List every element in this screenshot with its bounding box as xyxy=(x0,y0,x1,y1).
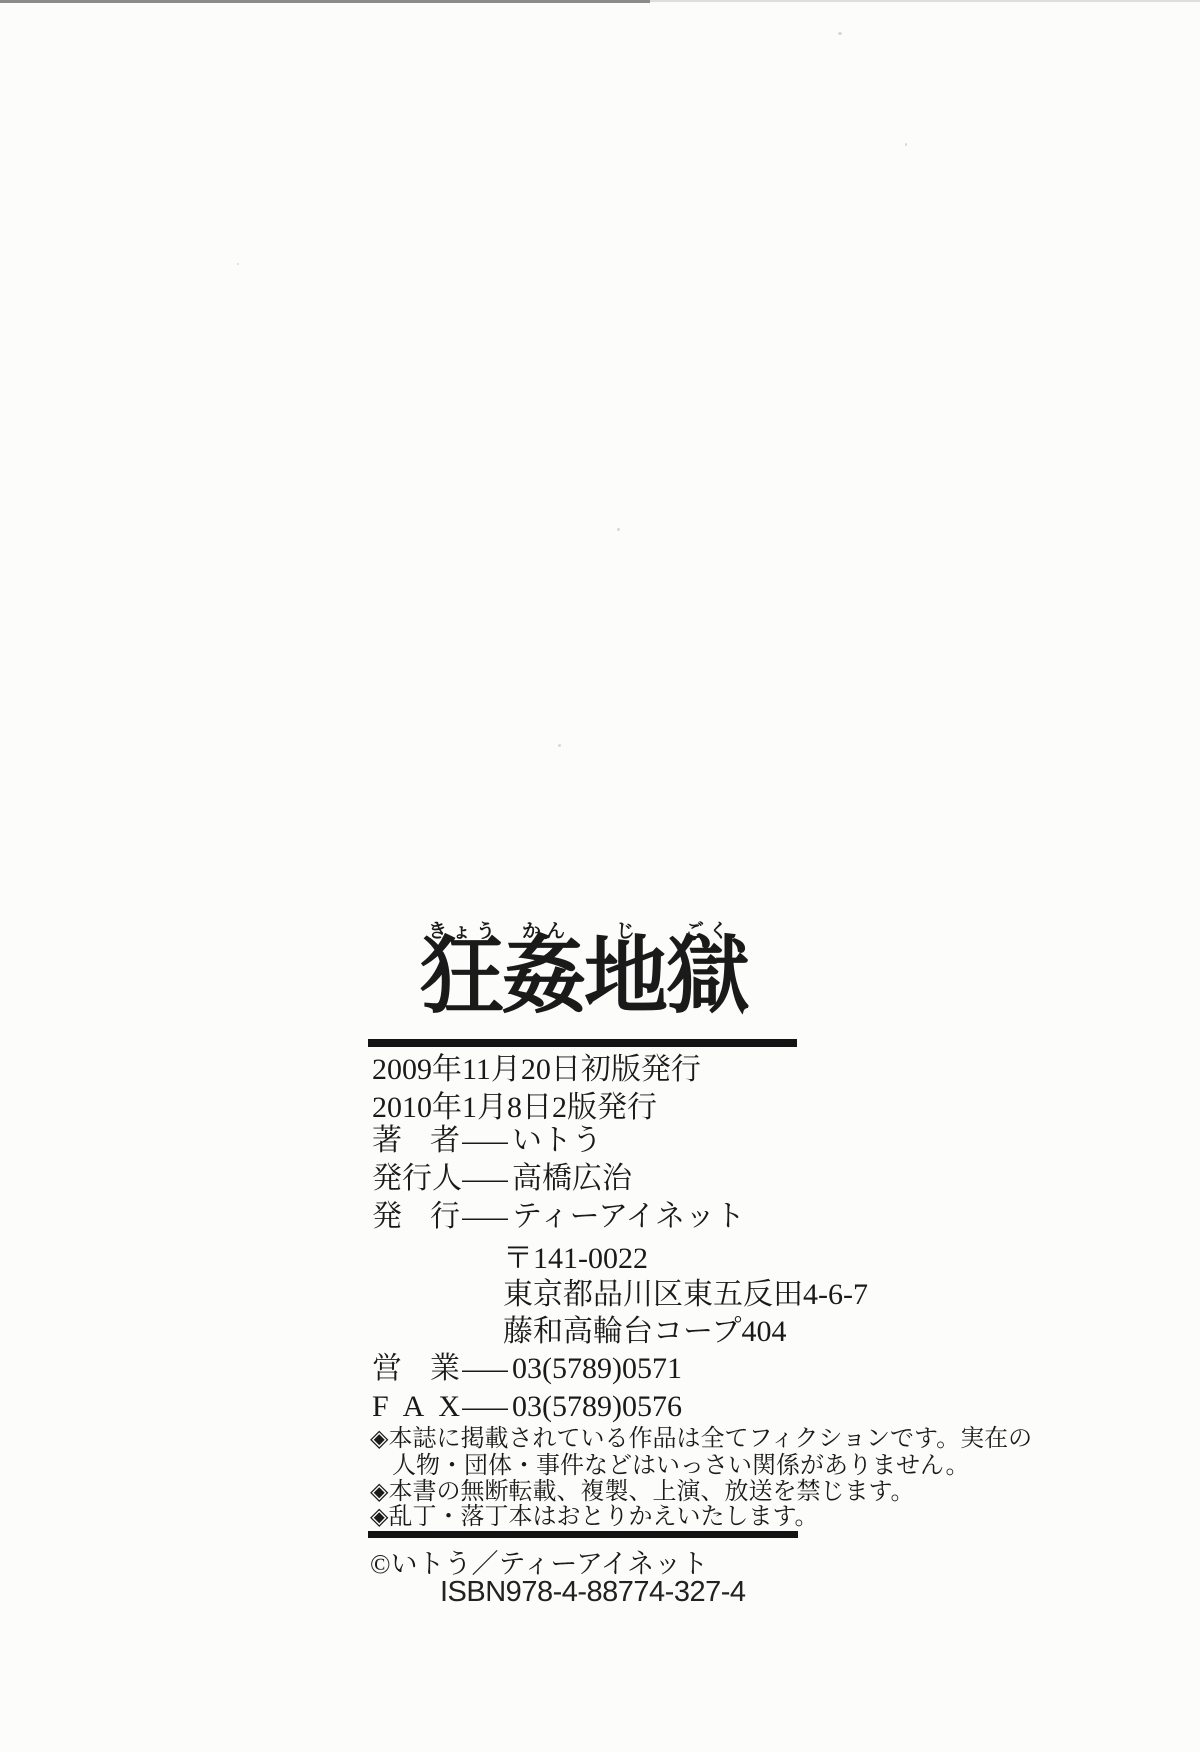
contact-label: F A X xyxy=(372,1390,460,1423)
credit-label: 発行人 xyxy=(372,1162,460,1195)
contact-value: 03(5789)0576 xyxy=(512,1390,682,1423)
title-divider xyxy=(368,1039,797,1047)
notice-line: ◈本誌に掲載されている作品は全てフィクションです。実在の xyxy=(370,1427,1032,1452)
contact-row: F A X——03(5789)0576 xyxy=(372,1390,682,1423)
credit-value: 高橋広治 xyxy=(512,1162,632,1195)
edition-line: 2009年11月20日初版発行 xyxy=(372,1053,701,1086)
notice-line: ◈乱丁・落丁本はおとりかえいたします。 xyxy=(370,1505,819,1530)
credit-connector: —— xyxy=(462,1200,508,1233)
contact-connector: —— xyxy=(462,1390,508,1423)
contact-label: 営 業 xyxy=(372,1352,460,1385)
scan-speck xyxy=(617,528,620,531)
credit-label: 著者 xyxy=(372,1124,460,1157)
notice-line: 人物・団体・事件などはいっさい関係がありません。 xyxy=(392,1454,969,1479)
scan-edge-shadow xyxy=(650,0,1200,2)
colophon-page: きょう かん じ ごく 狂姦地獄 2009年11月20日初版発行 2010年1月… xyxy=(0,0,1200,1752)
address-line: 東京都品川区東五反田4-6-7 xyxy=(503,1278,868,1311)
credit-label: 発行 xyxy=(372,1200,460,1233)
notice-line: ◈本書の無断転載、複製、上演、放送を禁じます。 xyxy=(370,1480,915,1505)
edition-line: 2010年1月8日2版発行 xyxy=(372,1091,657,1124)
credit-row: 発行——ティーアイネット xyxy=(372,1200,745,1233)
credit-row: 発行人——高橋広治 xyxy=(372,1162,632,1195)
contact-value: 03(5789)0571 xyxy=(512,1352,682,1385)
scan-speck xyxy=(838,32,842,35)
credit-value: ティーアイネット xyxy=(512,1200,745,1233)
footer-divider xyxy=(368,1531,798,1538)
address-line: 藤和高輪台コープ404 xyxy=(503,1315,787,1348)
address-line: 〒141-0022 xyxy=(503,1242,648,1275)
book-title: 狂姦地獄 xyxy=(420,936,748,1020)
contact-connector: —— xyxy=(462,1352,508,1385)
scan-speck xyxy=(558,744,561,747)
scan-speck xyxy=(237,263,239,265)
credit-connector: —— xyxy=(462,1162,508,1195)
isbn-text: ISBN978-4-88774-327-4 xyxy=(440,1576,745,1609)
credit-value: いトう xyxy=(512,1124,602,1157)
scan-edge-shadow xyxy=(0,0,650,3)
credit-connector: —— xyxy=(462,1124,508,1157)
scan-speck xyxy=(905,143,907,146)
credit-row: 著者——いトう xyxy=(372,1124,602,1157)
contact-row: 営 業——03(5789)0571 xyxy=(372,1352,682,1385)
